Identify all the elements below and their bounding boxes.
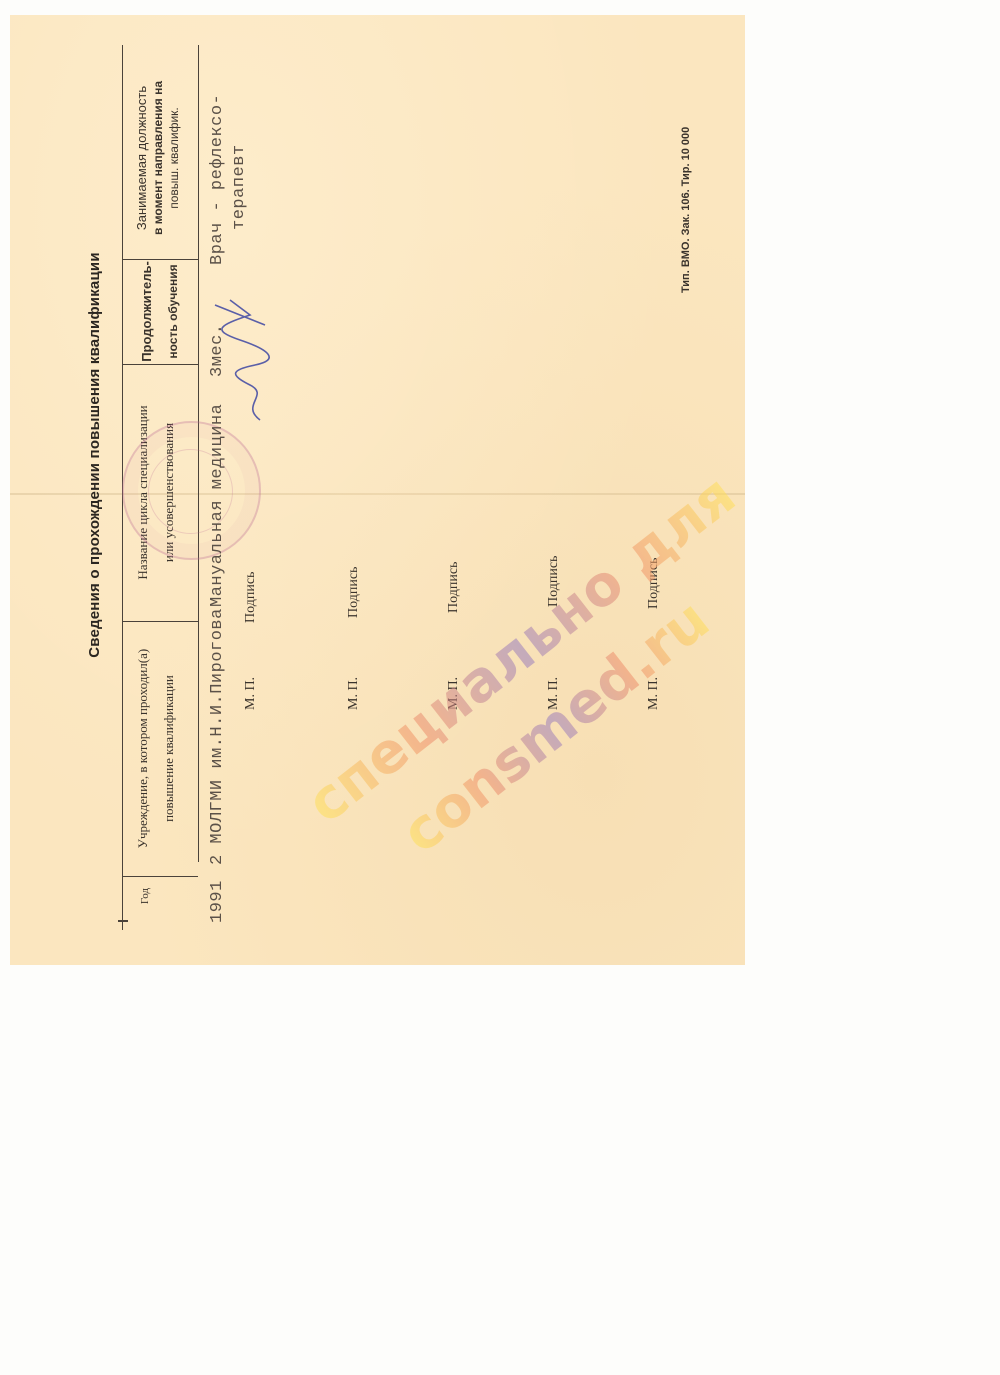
header-duration: Продолжитель- ность обучения [134, 260, 186, 363]
header-year: Год [132, 877, 158, 915]
header-position-line2: в момент направления на [150, 58, 166, 258]
header-institution-line1: Учреждение, в котором проходил(а) [130, 622, 156, 875]
header-duration-line1: Продолжитель- [134, 260, 160, 363]
row-institution: 2 МОЛГМИ им.Н.И.Пирогова [208, 608, 227, 865]
signature-label-3: Подпись [446, 562, 462, 613]
row-cycle: Мануальная медицина [208, 404, 227, 607]
document-page: Сведения о прохождении повышения квалифи… [10, 15, 745, 965]
table-left-tick [118, 920, 128, 922]
header-position-line3: повыш. квалифик. [166, 58, 182, 258]
signature-label-1: Подпись [243, 572, 259, 623]
header-position-line1: Занимаемая должность [134, 58, 150, 258]
signature-label-2: Подпись [346, 567, 362, 618]
row-duration: 3мес. [208, 323, 227, 377]
header-duration-line2: ность обучения [160, 260, 186, 363]
seal-label-2: М. П. [346, 677, 362, 710]
row-year: 1991 [208, 880, 227, 923]
row-position-line2: терапевт [230, 144, 249, 230]
header-institution: Учреждение, в котором проходил(а) повыше… [130, 622, 182, 875]
form-title: Сведения о прохождении повышения квалифи… [86, 205, 103, 705]
rotated-form: Сведения о прохождении повышения квалифи… [10, 15, 745, 965]
round-stamp [122, 421, 261, 560]
header-position: Занимаемая должность в момент направлени… [134, 58, 182, 258]
header-institution-line2: повышение квалификации [156, 622, 182, 875]
printer-imprint: Тип. ВМО. Зак. 106. Тир. 10 000 [680, 127, 692, 293]
seal-label-1: М. П. [243, 677, 259, 710]
row-position-line1: Врач - рефлексо- [208, 94, 227, 265]
